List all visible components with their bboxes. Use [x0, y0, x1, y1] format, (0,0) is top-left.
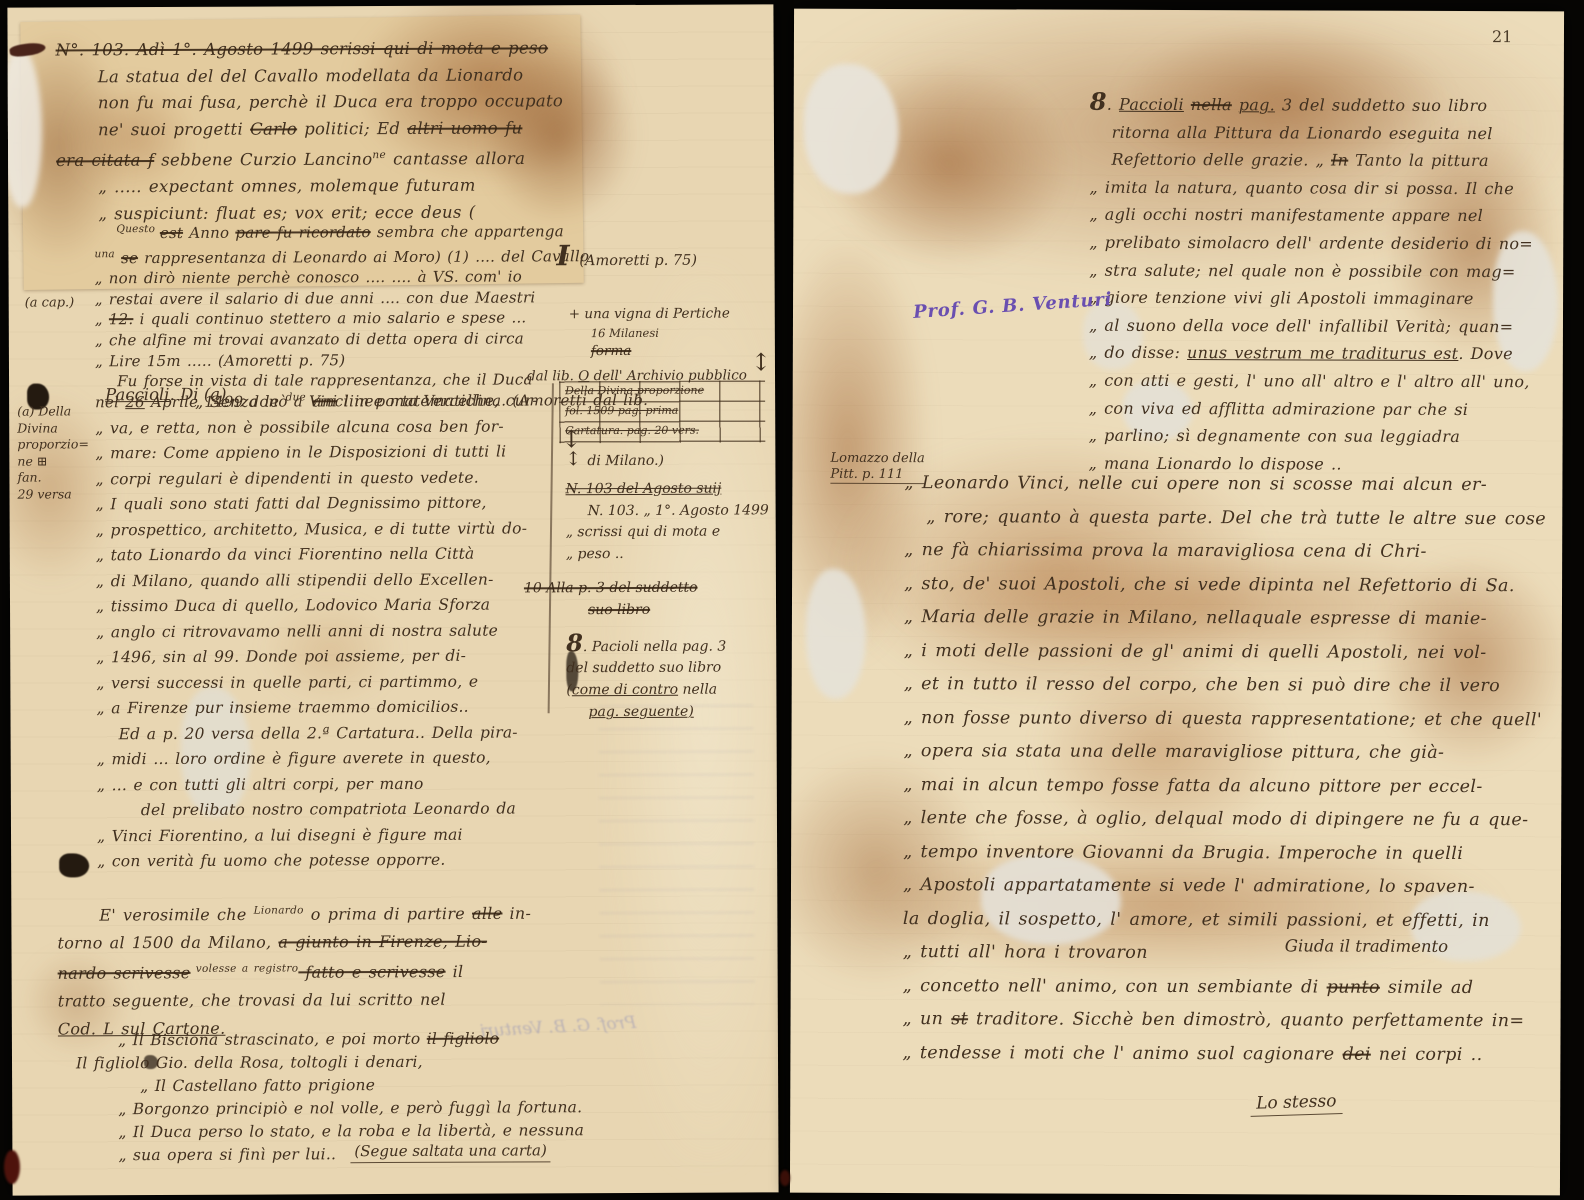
- text-fragment: „: [95, 311, 109, 329]
- manuscript-line: „ agli occhi nostri manifestamente appar…: [1089, 201, 1533, 230]
- text-fragment: il: [446, 962, 464, 981]
- manuscript-line: torno al 1500 da Milano, a giunto in Fir…: [57, 927, 531, 957]
- manuscript-line: „ con atti e gesti, l' uno all' altro e …: [1089, 367, 1533, 396]
- manuscript-line: „ restai avere il salario di due anni ..…: [95, 287, 648, 310]
- manuscript-line: „ imita la natura, quanto cosa dir si po…: [1089, 173, 1533, 202]
- margin-gloss: (a) DellaDivinaproporzio=ne ⊞fan.29 vers…: [17, 403, 89, 502]
- manuscript-line: „ tutti all' hora i trovaron: [903, 936, 1545, 972]
- manuscript-line: ritorna alla Pittura da Lionardo eseguit…: [1090, 118, 1534, 147]
- manuscript-line: „ opera sia stata una delle maravigliose…: [903, 735, 1545, 771]
- text-fragment: pag.: [1239, 95, 1275, 114]
- stain: [823, 59, 1074, 270]
- pacioli-passage-block: 8. Paccioli nella pag. 3 del suddetto su…: [1088, 88, 1533, 479]
- text-fragment: „ tendesse i moti che l' animo suol cagi…: [902, 1043, 1342, 1065]
- manuscript-line: 29 versa: [17, 486, 89, 503]
- text-fragment: Questo: [116, 223, 160, 235]
- text-fragment: 8: [1090, 87, 1107, 116]
- text-fragment: due: [286, 391, 306, 403]
- text-fragment: Tanto la pittura: [1348, 151, 1489, 170]
- text-fragment: .: [1107, 95, 1119, 114]
- manuscript-line: proporzio=: [17, 436, 89, 453]
- text-fragment: 3 del suddetto suo libro: [1275, 95, 1487, 115]
- text-fragment: simile ad: [1380, 977, 1474, 997]
- text-fragment: „ Il Bisciona strascinato, e poi morto: [118, 1030, 427, 1049]
- text-fragment: Refettorio delle grazie. „: [1112, 150, 1332, 170]
- manuscript-line: „ I quali sono stati fatti dal Degnissim…: [96, 491, 539, 518]
- manuscript-line: „ ..... expectant omnes, molemque futura…: [98, 172, 568, 201]
- text-fragment: unus vestrum me traditurus est: [1187, 343, 1458, 363]
- manuscript-line: Refettorio delle grazie. „ In Tanto la p…: [1089, 146, 1533, 175]
- ink-blot: [59, 853, 89, 877]
- manuscript-line: „ giore tenzione vivi gli Apostoli immag…: [1089, 284, 1533, 313]
- manuscript-line: „ tato Lionardo da vinci Fiorentino nell…: [96, 542, 539, 569]
- text-fragment: o prima di partire: [304, 904, 472, 924]
- manuscript-line: 16 Milanesi: [569, 323, 747, 342]
- text-fragment: 8: [566, 628, 583, 657]
- manuscript-line: 8. Paccioli nella pag. 3 del suddetto su…: [1090, 88, 1534, 120]
- manuscript-line: „ prospettico, architetto, Musica, e di …: [96, 516, 539, 543]
- text-fragment: sembra che appartenga: [371, 222, 564, 241]
- page-number: 21: [1492, 27, 1512, 46]
- text-fragment: Lionardo: [254, 904, 304, 916]
- text-fragment: linee matematiche, cur-: [337, 392, 538, 411]
- text-fragment: politici; Ed: [297, 118, 407, 137]
- manuscript-line: Ed a p. 20 versa della 2.ª Cartatura.. D…: [97, 720, 540, 747]
- vertical-arrow-glyph: ↕: [751, 348, 771, 376]
- manuscript-line: nardo scrivesse volesse a registro fatto…: [58, 955, 532, 988]
- text-fragment: nei corpi ..: [1371, 1044, 1483, 1064]
- text-fragment: ani: [312, 392, 337, 410]
- manuscript-line: Cartatura. pag. 20 vers.: [559, 420, 765, 441]
- left-page: N°. 103. Adì 1°. Agosto 1499 scrissi qui…: [7, 4, 778, 1195]
- text-fragment: „ un: [903, 1009, 952, 1029]
- manuscript-line: Divina: [17, 420, 89, 437]
- manuscript-line: „ concetto nell' animo, con un sembiante…: [903, 970, 1545, 1006]
- text-fragment: est: [160, 224, 183, 242]
- manuscript-line: „ mare: Come appieno in le Disposizioni …: [95, 440, 538, 467]
- manuscript-line: „ tissimo Duca di quello, Lodovico Maria…: [96, 593, 539, 620]
- manuscript-line: „ Vinci Fiorentino, a lui disegni è figu…: [97, 822, 540, 849]
- manuscript-line: ne' suoi progetti Carlo politici; Ed alt…: [98, 115, 568, 144]
- text-fragment: torno al 1500 da Milano,: [57, 932, 278, 952]
- manuscript-line: non fu mai fusa, perchè il Duca era trop…: [98, 88, 568, 117]
- verosimile-block: E' verosimile che Lionardo o prima di pa…: [99, 896, 531, 1042]
- manuscript-line: „ scrissi qui di mota e: [566, 522, 769, 545]
- manuscript-line: N°. 103. Adì 1°. Agosto 1499 scrissi qui…: [56, 35, 568, 64]
- text-fragment: Anno: [183, 224, 235, 242]
- manuscript-line: „ ... e con tutti gli altri corpi, per m…: [97, 771, 540, 798]
- text-fragment: E' verosimile che: [99, 905, 253, 925]
- quote-block: „ Senza le due ani linee matematiche, cu…: [95, 384, 540, 875]
- manuscript-line: „ tendesse i moti che l' animo suol cagi…: [902, 1037, 1544, 1073]
- manuscript-line: + una vigna di Pertiche: [569, 304, 747, 323]
- text-fragment: In: [1331, 151, 1348, 170]
- archivio-notes: ↕ di Milano.)N. 103 del Agosto suijN. 10…: [565, 448, 769, 724]
- manuscript-line: Della Divina proporzione: [559, 380, 765, 401]
- text-fragment: (Amoretti p. 75): [579, 253, 697, 270]
- manuscript-line: la doglia, il sospetto, l' amore, et sim…: [903, 903, 1545, 939]
- text-fragment: „ do disse:: [1089, 343, 1187, 362]
- text-fragment: una: [94, 248, 114, 260]
- manuscript-line: N. 103 del Agosto suij: [565, 478, 768, 501]
- text-fragment: „ Senza le: [195, 393, 286, 411]
- text-fragment: volesse a registro: [190, 963, 298, 975]
- manuscript-line: (a) Della: [17, 403, 89, 420]
- ink-blot: [4, 1150, 20, 1184]
- manuscript-line: ↕ di Milano.): [565, 448, 768, 473]
- manuscript-line: E' verosimile che Lionardo o prima di pa…: [99, 896, 531, 929]
- manuscript-line: „ con viva ed afflitta admirazione par c…: [1089, 394, 1533, 423]
- manuscript-line: „ di Milano, quando alli stipendii dello…: [96, 567, 539, 594]
- text-fragment: se: [121, 249, 138, 267]
- manuscript-line: „ midi ... loro ordine è figure averete …: [97, 746, 540, 773]
- text-fragment: „ concetto nell' animo, con un sembiante…: [903, 976, 1327, 997]
- manuscript-line: „ prelibato simolacro dell' ardente desi…: [1089, 229, 1533, 258]
- text-fragment: ne' suoi progetti: [98, 119, 250, 139]
- manuscript-line: forma: [569, 341, 747, 360]
- text-bleedthrough: [598, 704, 754, 1005]
- manuscript-line: „ tempo inventore Giovanni da Brugia. Im…: [903, 836, 1545, 872]
- manuscript-line: „ stra salute; nel quale non è possibile…: [1089, 256, 1533, 285]
- lo-stesso-signoff: Lo stesso: [1250, 1091, 1343, 1117]
- manuscript-line: „ Borgonzo principiò e nol volle, e però…: [118, 1096, 584, 1121]
- text-fragment: alle: [472, 904, 503, 923]
- manuscript-line: Lomazzo della: [830, 451, 924, 467]
- venturi-stamp: Prof. G. B. Venturi: [913, 289, 1113, 323]
- ink-blot: [780, 1170, 790, 1186]
- manuscript-line: „ lente che fosse, à oglio, delqual modo…: [903, 802, 1545, 838]
- manuscript-line: „ peso ..: [566, 544, 769, 567]
- manuscript-line: era citata f sebbene Curzio Lancinone ca…: [56, 141, 568, 174]
- text-fragment: traditore. Sicchè ben dimostrò, quanto p…: [968, 1009, 1524, 1031]
- manuscript-line: „ et in tutto il resso del corpo, che be…: [904, 668, 1546, 704]
- text-fragment: Paccioli: [1119, 95, 1184, 114]
- manuscript-line: „ un st traditore. Sicchè ben dimostrò, …: [902, 1003, 1544, 1039]
- manuscript-line: „ i moti delle passioni de gl' animi di …: [904, 635, 1546, 671]
- lomazzo-passage-block: „ Leonardo Vinci, nelle cui opere non si…: [902, 467, 1546, 1072]
- crossed-out-table-sketch: Della Divina proporzionefol. 1509 pag. p…: [559, 380, 765, 443]
- manuscript-line: „ Il Duca perso lo stato, e la roba e la…: [118, 1119, 584, 1144]
- manuscript-line: del prelibato nostro compatriota Leonard…: [97, 797, 540, 824]
- text-fragment: a giunto in Firenze, Lio-: [278, 931, 487, 951]
- paper-tear-patch: [803, 64, 898, 194]
- manuscript-line: 8. Pacioli nella pag. 3: [566, 631, 769, 659]
- manuscript-line: „ non fosse punto diverso di questa rapp…: [904, 702, 1546, 738]
- text-fragment: st: [951, 1009, 968, 1029]
- text-fragment: pare fu ricordato: [235, 223, 370, 242]
- manuscript-line: „ do disse: unus vestrum me traditurus e…: [1089, 339, 1533, 368]
- manuscript-line: „ al suono della voce dell' infallibil V…: [1089, 311, 1533, 340]
- manuscript-line: (come di contro nella: [566, 680, 769, 703]
- manuscript-line: 10 Alla p. 3 del suddetto: [524, 577, 769, 600]
- text-fragment: cantasse allora: [386, 149, 525, 169]
- text-fragment: in-: [502, 904, 531, 923]
- text-fragment: dei: [1342, 1044, 1370, 1064]
- text-fragment: nardo scrivesse: [58, 964, 191, 984]
- manuscript-line: Il figliolo Gio. della Rosa, toltogli i …: [76, 1050, 584, 1075]
- manuscript-line: „ Senza le due ani linee matematiche, cu…: [95, 384, 538, 416]
- text-fragment: nella: [1191, 95, 1232, 114]
- manuscript-line: „ anglo ci ritrovavamo nelli anni di nos…: [96, 618, 539, 645]
- manuscript-line: „ Leonardo Vinci, nelle cui opere non si…: [904, 467, 1546, 503]
- text-fragment: di Milano.): [587, 453, 664, 469]
- manuscript-line: fol. 1509 pag. prima: [559, 400, 765, 421]
- marginal-note-a-cap: (a cap.): [25, 295, 75, 310]
- manuscript-line: suo libro: [566, 599, 769, 622]
- text-fragment: sebbene Curzio Lancino: [154, 150, 372, 170]
- manuscript-line: „ Maria delle grazie in Milano, nellaqua…: [904, 601, 1546, 637]
- manuscript-line: fan.: [17, 469, 89, 486]
- text-fragment: 12.: [109, 311, 134, 329]
- text-fragment: come di contro: [572, 682, 678, 698]
- giuda-annotation: Giuda il tradimento: [1285, 936, 1448, 956]
- manuscript-line: „ con verità fu uomo che potesse opporre…: [97, 848, 540, 875]
- text-fragment: era citata f: [56, 151, 154, 170]
- manuscript-line: del suddetto suo libro: [566, 658, 769, 681]
- manuscript-line: La statua del del Cavallo modellata da L…: [98, 62, 568, 91]
- text-fragment: fatto e scrivesse: [298, 962, 445, 982]
- manuscript-line: N. 103. „ 1°. Agosto 1499: [566, 500, 769, 523]
- right-page: 21 8. Paccioli nella pag. 3 del suddetto…: [790, 9, 1564, 1196]
- amoretti-note-text: I (Amoretti p. 75): [556, 253, 697, 270]
- text-fragment: ↕: [565, 448, 587, 470]
- manuscript-line: „ versi successi in quelle parti, ci par…: [96, 669, 539, 696]
- manuscript-line: tratto seguente, che trovasi da lui scri…: [58, 986, 532, 1016]
- vigna-note: + una vigna di Pertiche16 Milanesiformad…: [569, 304, 747, 385]
- text-fragment: i quali continuo stettero a mio salario …: [133, 309, 526, 329]
- text-fragment: ne: [372, 149, 386, 161]
- manuscript-line: „ corpi regulari è dipendenti in questo …: [95, 465, 538, 492]
- manuscript-line: „ Il Castellano fatto prigione: [118, 1073, 584, 1098]
- manuscript-line: „ 12. i quali continuo stettero a mio sa…: [95, 307, 648, 330]
- segue-note: (Segue saltata una carta): [350, 1141, 551, 1163]
- text-fragment: . Pacioli nella pag. 3: [583, 638, 726, 655]
- text-fragment: Carlo: [250, 119, 297, 138]
- slip-text: N°. 103. Adì 1°. Agosto 1499 scrissi qui…: [98, 35, 569, 227]
- notes-divider-line: [548, 383, 554, 713]
- manuscript-line: „ che alfine mi trovai avanzato di detta…: [95, 328, 648, 351]
- manuscript-photo: N°. 103. Adì 1°. Agosto 1499 scrissi qui…: [0, 0, 1584, 1200]
- manuscript-line: ne ⊞: [17, 453, 89, 470]
- manuscript-line: „ Apostoli appartatamente si vede l' adm…: [903, 869, 1545, 905]
- manuscript-line: „ mai in alcun tempo fosse fatta da alcu…: [903, 769, 1545, 805]
- text-fragment: I: [556, 239, 579, 272]
- manuscript-line: „ ne fà chiarissima prova la maraviglios…: [904, 534, 1546, 570]
- manuscript-line: „ a Firenze pur insieme traemmo domicili…: [96, 695, 539, 722]
- text-fragment: rappresentanza di Leonardo ai Moro) (1) …: [138, 247, 589, 267]
- manuscript-line: „ sto, de' suoi Apostoli, che si vede di…: [904, 568, 1546, 604]
- text-fragment: nella: [678, 682, 717, 698]
- text-fragment: punto: [1327, 977, 1380, 997]
- amoretti-note: I (Amoretti p. 75): [556, 239, 697, 273]
- manuscript-line: „ rore; quanto à questa parte. Del che t…: [904, 501, 1546, 537]
- manuscript-line: „ parlino; sì degnamente con sua leggiad…: [1089, 422, 1533, 451]
- manuscript-line: „ 1496, sin al 99. Donde poi assieme, pe…: [96, 644, 539, 671]
- manuscript-line: „ va, e retta, non è possibile alcuna co…: [95, 414, 538, 441]
- text-fragment: . Dove: [1458, 344, 1513, 363]
- paper-tear-patch: [806, 569, 866, 699]
- text-fragment: altri uomo fu: [407, 118, 522, 138]
